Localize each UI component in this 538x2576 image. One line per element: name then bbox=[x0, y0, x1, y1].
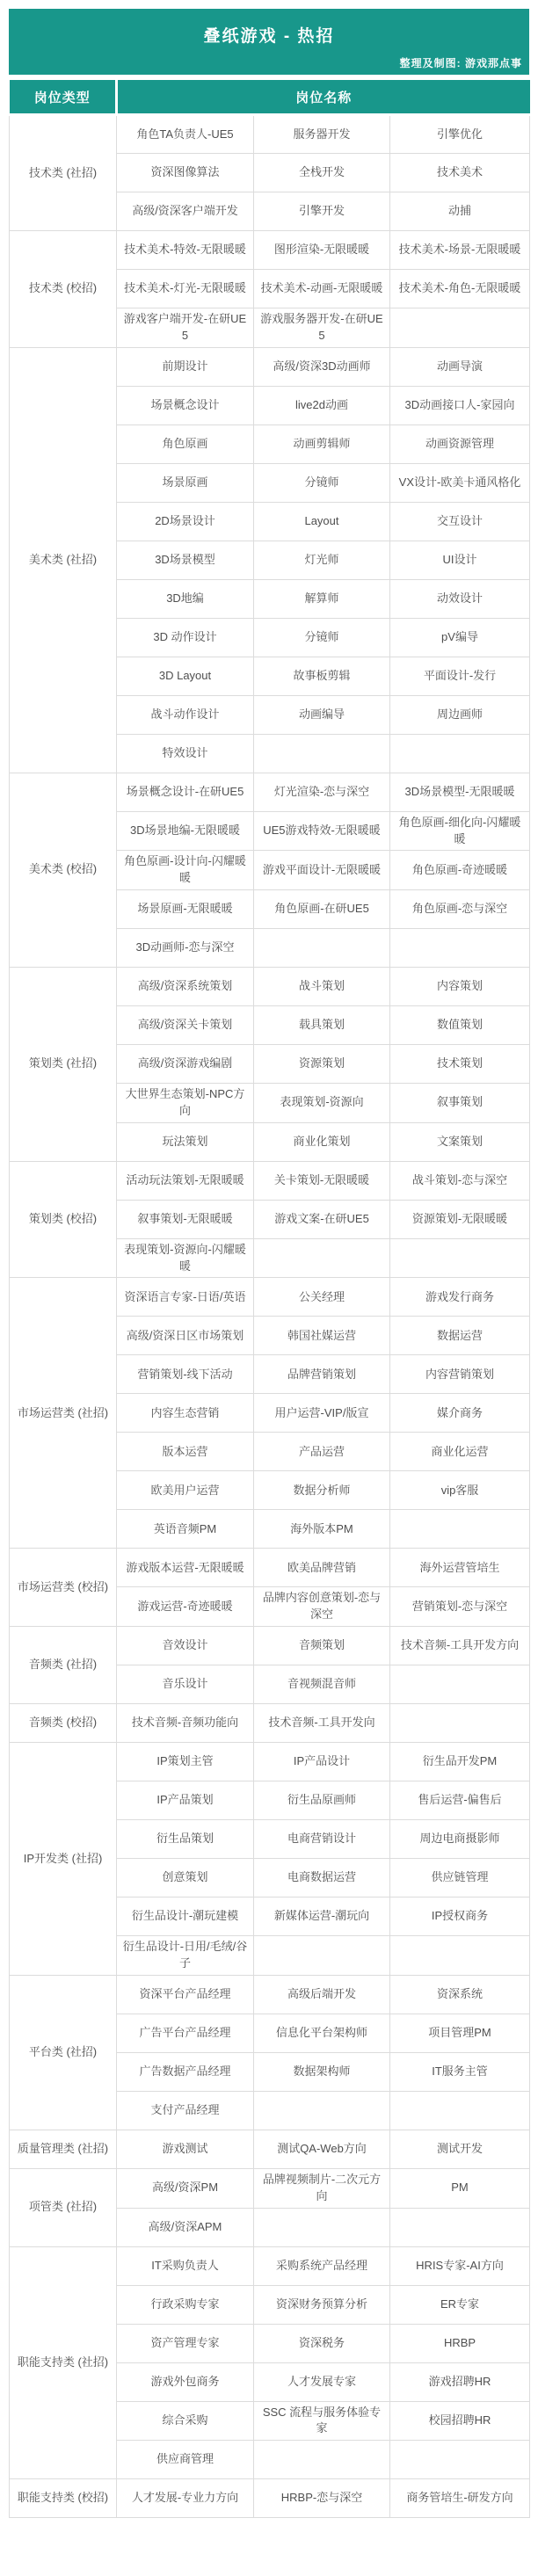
job-cell: 数据分析师 bbox=[254, 1471, 390, 1510]
job-cell: 品牌内容创意策划-恋与深空 bbox=[254, 1587, 390, 1627]
job-cell: 角色TA负责人-UE5 bbox=[117, 115, 254, 154]
job-cell: 高级/资深日区市场策划 bbox=[117, 1317, 254, 1355]
job-cell: 灯光师 bbox=[254, 541, 390, 579]
empty-cell bbox=[390, 734, 530, 773]
job-cell: 技术音频-工具开发向 bbox=[254, 1704, 390, 1743]
job-cell: 品牌视频制片-二次元方向 bbox=[254, 2168, 390, 2208]
job-cell: 场景原画 bbox=[117, 463, 254, 502]
job-cell: 营销策划-恋与深空 bbox=[390, 1587, 530, 1627]
job-cell: 游戏服务器开发-在研UE5 bbox=[254, 308, 390, 348]
job-cell: 分镜师 bbox=[254, 618, 390, 657]
job-cell: 叙事策划 bbox=[390, 1084, 530, 1123]
empty-cell bbox=[390, 2441, 530, 2479]
job-cell: 商业化策划 bbox=[254, 1122, 390, 1161]
job-cell: 2D场景设计 bbox=[117, 502, 254, 541]
job-cell: 综合采购 bbox=[117, 2401, 254, 2441]
job-cell: 3D Layout bbox=[117, 657, 254, 695]
job-cell: 技术美术 bbox=[390, 154, 530, 192]
job-cell: 文案策划 bbox=[390, 1122, 530, 1161]
table-row: 项管类 (社招)高级/资深PM品牌视频制片-二次元方向PM bbox=[10, 2168, 530, 2208]
job-cell: 广告平台产品经理 bbox=[117, 2014, 254, 2052]
job-cell: 音乐设计 bbox=[117, 1665, 254, 1704]
category-cell: 美术类 (社招) bbox=[10, 347, 117, 773]
table-row: 市场运营类 (社招)资深语言专家-日语/英语公关经理游戏发行商务 bbox=[10, 1278, 530, 1317]
table-row: 音频类 (校招)技术音频-音频功能向技术音频-工具开发向 bbox=[10, 1704, 530, 1743]
job-cell: 技术策划 bbox=[390, 1045, 530, 1084]
job-cell: 灯光渲染-恋与深空 bbox=[254, 773, 390, 811]
job-cell: 人才发展专家 bbox=[254, 2362, 390, 2401]
empty-cell bbox=[390, 1936, 530, 1976]
job-cell: HRBP-恋与深空 bbox=[254, 2479, 390, 2518]
job-cell: 新媒体运营-潮玩向 bbox=[254, 1898, 390, 1936]
category-cell: 项管类 (社招) bbox=[10, 2168, 117, 2246]
job-cell: 电商营销设计 bbox=[254, 1820, 390, 1859]
job-cell: 动画导演 bbox=[390, 347, 530, 386]
job-cell: IP授权商务 bbox=[390, 1898, 530, 1936]
table-row: 技术类 (校招)技术美术-特效-无限暖暖图形渲染-无限暖暖技术美术-场景-无限暖… bbox=[10, 231, 530, 270]
empty-cell bbox=[390, 1665, 530, 1704]
job-cell: 支付产品经理 bbox=[117, 2091, 254, 2130]
table-row: 策划类 (社招)高级/资深系统策划战斗策划内容策划 bbox=[10, 968, 530, 1006]
job-cell: 特效设计 bbox=[117, 734, 254, 773]
category-cell: 市场运营类 (校招) bbox=[10, 1549, 117, 1627]
job-cell: 角色原画-细化向-闪耀暖暖 bbox=[390, 811, 530, 851]
job-cell: 测试开发 bbox=[390, 2130, 530, 2168]
job-cell: UE5游戏特效-无限暖暖 bbox=[254, 811, 390, 851]
job-cell: 英语音频PM bbox=[117, 1510, 254, 1549]
job-cell: 战斗策划-恋与深空 bbox=[390, 1161, 530, 1200]
job-cell: 游戏平面设计-无限暖暖 bbox=[254, 851, 390, 890]
job-cell: 音视频混音师 bbox=[254, 1665, 390, 1704]
job-cell: 场景原画-无限暖暖 bbox=[117, 890, 254, 929]
job-cell: 游戏外包商务 bbox=[117, 2362, 254, 2401]
job-cell: 韩国社媒运营 bbox=[254, 1317, 390, 1355]
job-cell: 动捕 bbox=[390, 192, 530, 231]
job-cell: 供应商管理 bbox=[117, 2441, 254, 2479]
page-title: 叠纸游戏 - 热招 bbox=[9, 9, 529, 47]
column-header-name: 岗位名称 bbox=[117, 79, 530, 115]
job-cell: 商业化运营 bbox=[390, 1433, 530, 1471]
job-cell: 媒介商务 bbox=[390, 1394, 530, 1433]
job-cell: live2d动画 bbox=[254, 386, 390, 424]
job-cell: 周边电商摄影师 bbox=[390, 1820, 530, 1859]
job-cell: 引擎优化 bbox=[390, 115, 530, 154]
category-cell: 市场运营类 (社招) bbox=[10, 1278, 117, 1549]
job-cell: 高级后端开发 bbox=[254, 1975, 390, 2014]
job-cell: 海外版本PM bbox=[254, 1510, 390, 1549]
job-cell: 玩法策划 bbox=[117, 1122, 254, 1161]
job-cell: PM bbox=[390, 2168, 530, 2208]
job-cell: 角色原画-在研UE5 bbox=[254, 890, 390, 929]
job-cell: 供应链管理 bbox=[390, 1859, 530, 1898]
job-cell: 场景概念设计 bbox=[117, 386, 254, 424]
job-cell: 广告数据产品经理 bbox=[117, 2052, 254, 2091]
empty-cell bbox=[254, 929, 390, 968]
empty-cell bbox=[254, 2208, 390, 2246]
job-cell: 3D场景模型 bbox=[117, 541, 254, 579]
recruitment-page: 叠纸游戏 - 热招 整理及制图: 游戏那点事 岗位类型 岗位名称 技术类 (社招… bbox=[0, 0, 538, 2534]
job-cell: 技术音频-音频功能向 bbox=[117, 1704, 254, 1743]
job-cell: IP产品策划 bbox=[117, 1781, 254, 1820]
job-cell: IT采购负责人 bbox=[117, 2246, 254, 2285]
job-cell: vip客服 bbox=[390, 1471, 530, 1510]
job-cell: 资产管理专家 bbox=[117, 2324, 254, 2362]
category-cell: IP开发类 (社招) bbox=[10, 1743, 117, 1976]
job-cell: 战斗动作设计 bbox=[117, 695, 254, 734]
job-cell: 表现策划-资源向 bbox=[254, 1084, 390, 1123]
job-cell: 游戏文案-在研UE5 bbox=[254, 1200, 390, 1238]
job-cell: 技术音频-工具开发方向 bbox=[390, 1627, 530, 1665]
empty-cell bbox=[390, 1704, 530, 1743]
job-cell: 资深图像算法 bbox=[117, 154, 254, 192]
job-cell: 采购系统产品经理 bbox=[254, 2246, 390, 2285]
job-cell: 平面设计-发行 bbox=[390, 657, 530, 695]
job-cell: 解算师 bbox=[254, 579, 390, 618]
job-cell: 3D地编 bbox=[117, 579, 254, 618]
job-cell: HRIS专家-AI方向 bbox=[390, 2246, 530, 2285]
table-row: 职能支持类 (社招)IT采购负责人采购系统产品经理HRIS专家-AI方向 bbox=[10, 2246, 530, 2285]
empty-cell bbox=[254, 2091, 390, 2130]
page-banner: 叠纸游戏 - 热招 整理及制图: 游戏那点事 bbox=[9, 9, 529, 75]
job-cell: 测试QA-Web方向 bbox=[254, 2130, 390, 2168]
job-cell: 关卡策划-无限暖暖 bbox=[254, 1161, 390, 1200]
job-cell: IP策划主管 bbox=[117, 1743, 254, 1781]
job-cell: 分镜师 bbox=[254, 463, 390, 502]
job-cell: 产品运营 bbox=[254, 1433, 390, 1471]
job-cell: 电商数据运营 bbox=[254, 1859, 390, 1898]
job-cell: VX设计-欧美卡通风格化 bbox=[390, 463, 530, 502]
job-cell: 人才发展-专业力方向 bbox=[117, 2479, 254, 2518]
job-cell: Layout bbox=[254, 502, 390, 541]
job-cell: 高级/资深系统策划 bbox=[117, 968, 254, 1006]
job-cell: pV编导 bbox=[390, 618, 530, 657]
job-cell: 内容策划 bbox=[390, 968, 530, 1006]
job-cell: 高级/资深PM bbox=[117, 2168, 254, 2208]
category-cell: 技术类 (社招) bbox=[10, 115, 117, 231]
job-cell: 内容营销策划 bbox=[390, 1355, 530, 1394]
job-cell: 行政采购专家 bbox=[117, 2285, 254, 2324]
job-cell: 技术美术-特效-无限暖暖 bbox=[117, 231, 254, 270]
column-header-type: 岗位类型 bbox=[10, 79, 117, 115]
banner-credit: 整理及制图: 游戏那点事 bbox=[400, 55, 522, 70]
job-cell: 场景概念设计-在研UE5 bbox=[117, 773, 254, 811]
table-row: 美术类 (社招)前期设计高级/资深3D动画师动画导演 bbox=[10, 347, 530, 386]
job-cell: 战斗策划 bbox=[254, 968, 390, 1006]
category-cell: 策划类 (社招) bbox=[10, 968, 117, 1162]
job-cell: 游戏招聘HR bbox=[390, 2362, 530, 2401]
job-cell: 技术美术-角色-无限暖暖 bbox=[390, 270, 530, 308]
job-cell: 资源策划 bbox=[254, 1045, 390, 1084]
job-cell: 游戏发行商务 bbox=[390, 1278, 530, 1317]
job-cell: 技术美术-灯光-无限暖暖 bbox=[117, 270, 254, 308]
job-cell: UI设计 bbox=[390, 541, 530, 579]
job-cell: 衍生品设计-潮玩建模 bbox=[117, 1898, 254, 1936]
job-cell: 游戏客户端开发-在研UE5 bbox=[117, 308, 254, 348]
job-cell: 动画编导 bbox=[254, 695, 390, 734]
job-cell: 大世界生态策划-NPC方向 bbox=[117, 1084, 254, 1123]
job-cell: 3D场景地编-无限暖暖 bbox=[117, 811, 254, 851]
job-cell: 数据架构师 bbox=[254, 2052, 390, 2091]
table-row: 质量管理类 (社招)游戏测试测试QA-Web方向测试开发 bbox=[10, 2130, 530, 2168]
job-table: 岗位类型 岗位名称 技术类 (社招)角色TA负责人-UE5服务器开发引擎优化资深… bbox=[9, 77, 530, 2518]
job-cell: 衍生品策划 bbox=[117, 1820, 254, 1859]
table-row: 策划类 (校招)活动玩法策划-无限暖暖关卡策划-无限暖暖战斗策划-恋与深空 bbox=[10, 1161, 530, 1200]
job-table-header: 岗位类型 岗位名称 bbox=[10, 79, 530, 115]
job-cell: HRBP bbox=[390, 2324, 530, 2362]
table-row: 美术类 (校招)场景概念设计-在研UE5灯光渲染-恋与深空3D场景模型-无限暖暖 bbox=[10, 773, 530, 811]
job-cell: 品牌营销策划 bbox=[254, 1355, 390, 1394]
job-cell: 数据运营 bbox=[390, 1317, 530, 1355]
job-cell: 角色原画-奇迹暖暖 bbox=[390, 851, 530, 890]
job-cell: 动画剪辑师 bbox=[254, 424, 390, 463]
job-cell: 校园招聘HR bbox=[390, 2401, 530, 2441]
job-cell: 载具策划 bbox=[254, 1006, 390, 1045]
job-cell: 公关经理 bbox=[254, 1278, 390, 1317]
job-cell: 衍生品设计-日用/毛绒/谷子 bbox=[117, 1936, 254, 1976]
job-cell: 高级/资深客户端开发 bbox=[117, 192, 254, 231]
job-cell: 技术美术-动画-无限暖暖 bbox=[254, 270, 390, 308]
job-cell: 用户运营-VIP/版宣 bbox=[254, 1394, 390, 1433]
job-cell: 技术美术-场景-无限暖暖 bbox=[390, 231, 530, 270]
job-cell: 游戏测试 bbox=[117, 2130, 254, 2168]
job-cell: 欧美品牌营销 bbox=[254, 1549, 390, 1587]
job-cell: ER专家 bbox=[390, 2285, 530, 2324]
job-cell: 高级/资深3D动画师 bbox=[254, 347, 390, 386]
job-cell: 角色原画-设计向-闪耀暖暖 bbox=[117, 851, 254, 890]
job-cell: 高级/资深关卡策划 bbox=[117, 1006, 254, 1045]
empty-cell bbox=[390, 2208, 530, 2246]
table-row: 技术类 (社招)角色TA负责人-UE5服务器开发引擎优化 bbox=[10, 115, 530, 154]
job-cell: 信息化平台架构师 bbox=[254, 2014, 390, 2052]
job-cell: 表现策划-资源向-闪耀暖暖 bbox=[117, 1238, 254, 1278]
job-cell: 引擎开发 bbox=[254, 192, 390, 231]
job-cell: 版本运营 bbox=[117, 1433, 254, 1471]
job-cell: 高级/资深游戏编剧 bbox=[117, 1045, 254, 1084]
empty-cell bbox=[390, 308, 530, 348]
job-cell: 衍生品开发PM bbox=[390, 1743, 530, 1781]
job-cell: 资深平台产品经理 bbox=[117, 1975, 254, 2014]
empty-cell bbox=[390, 1510, 530, 1549]
job-cell: 图形渲染-无限暖暖 bbox=[254, 231, 390, 270]
job-cell: 创意策划 bbox=[117, 1859, 254, 1898]
job-cell: 周边画师 bbox=[390, 695, 530, 734]
job-cell: 3D动画接口人-家园向 bbox=[390, 386, 530, 424]
category-cell: 职能支持类 (社招) bbox=[10, 2246, 117, 2479]
table-row: 职能支持类 (校招)人才发展-专业力方向HRBP-恋与深空商务管培生-研发方向 bbox=[10, 2479, 530, 2518]
empty-cell bbox=[254, 1936, 390, 1976]
job-cell: 游戏版本运营-无限暖暖 bbox=[117, 1549, 254, 1587]
job-cell: 资深财务预算分析 bbox=[254, 2285, 390, 2324]
job-cell: 活动玩法策划-无限暖暖 bbox=[117, 1161, 254, 1200]
empty-cell bbox=[390, 2091, 530, 2130]
job-cell: 服务器开发 bbox=[254, 115, 390, 154]
empty-cell bbox=[254, 2441, 390, 2479]
empty-cell bbox=[390, 929, 530, 968]
job-cell: 3D 动作设计 bbox=[117, 618, 254, 657]
job-cell: 资源策划-无限暖暖 bbox=[390, 1200, 530, 1238]
empty-cell bbox=[254, 1238, 390, 1278]
table-row: 音频类 (社招)音效设计音频策划技术音频-工具开发方向 bbox=[10, 1627, 530, 1665]
category-cell: 技术类 (校招) bbox=[10, 231, 117, 348]
job-cell: 动画资源管理 bbox=[390, 424, 530, 463]
empty-cell bbox=[254, 734, 390, 773]
job-cell: 营销策划-线下活动 bbox=[117, 1355, 254, 1394]
job-cell: 角色原画 bbox=[117, 424, 254, 463]
job-cell: 商务管培生-研发方向 bbox=[390, 2479, 530, 2518]
job-cell: 全栈开发 bbox=[254, 154, 390, 192]
category-cell: 职能支持类 (校招) bbox=[10, 2479, 117, 2518]
job-cell: 资深税务 bbox=[254, 2324, 390, 2362]
job-cell: 前期设计 bbox=[117, 347, 254, 386]
category-cell: 策划类 (校招) bbox=[10, 1161, 117, 1278]
job-cell: 故事板剪辑 bbox=[254, 657, 390, 695]
table-row: IP开发类 (社招)IP策划主管IP产品设计衍生品开发PM bbox=[10, 1743, 530, 1781]
job-table-body: 技术类 (社招)角色TA负责人-UE5服务器开发引擎优化资深图像算法全栈开发技术… bbox=[10, 115, 530, 2518]
table-row: 市场运营类 (校招)游戏版本运营-无限暖暖欧美品牌营销海外运营管培生 bbox=[10, 1549, 530, 1587]
category-cell: 音频类 (校招) bbox=[10, 1704, 117, 1743]
job-cell: 欧美用户运营 bbox=[117, 1471, 254, 1510]
category-cell: 质量管理类 (社招) bbox=[10, 2130, 117, 2168]
category-cell: 平台类 (社招) bbox=[10, 1975, 117, 2130]
job-cell: 售后运营-偏售后 bbox=[390, 1781, 530, 1820]
job-cell: 高级/资深APM bbox=[117, 2208, 254, 2246]
job-cell: 音频策划 bbox=[254, 1627, 390, 1665]
job-cell: IP产品设计 bbox=[254, 1743, 390, 1781]
job-cell: 资深系统 bbox=[390, 1975, 530, 2014]
job-cell: IT服务主管 bbox=[390, 2052, 530, 2091]
job-cell: 3D场景模型-无限暖暖 bbox=[390, 773, 530, 811]
category-cell: 音频类 (社招) bbox=[10, 1627, 117, 1704]
job-cell: 叙事策划-无限暖暖 bbox=[117, 1200, 254, 1238]
job-cell: 游戏运营-奇迹暖暖 bbox=[117, 1587, 254, 1627]
job-cell: 角色原画-恋与深空 bbox=[390, 890, 530, 929]
table-row: 平台类 (社招)资深平台产品经理高级后端开发资深系统 bbox=[10, 1975, 530, 2014]
job-cell: 动效设计 bbox=[390, 579, 530, 618]
empty-cell bbox=[390, 1238, 530, 1278]
job-cell: 数值策划 bbox=[390, 1006, 530, 1045]
job-cell: 衍生品原画师 bbox=[254, 1781, 390, 1820]
job-cell: 海外运营管培生 bbox=[390, 1549, 530, 1587]
job-cell: 项目管理PM bbox=[390, 2014, 530, 2052]
job-cell: 音效设计 bbox=[117, 1627, 254, 1665]
job-cell: 资深语言专家-日语/英语 bbox=[117, 1278, 254, 1317]
job-cell: 内容生态营销 bbox=[117, 1394, 254, 1433]
job-cell: SSC 流程与服务体验专家 bbox=[254, 2401, 390, 2441]
job-cell: 3D动画师-恋与深空 bbox=[117, 929, 254, 968]
job-cell: 交互设计 bbox=[390, 502, 530, 541]
category-cell: 美术类 (校招) bbox=[10, 773, 117, 967]
